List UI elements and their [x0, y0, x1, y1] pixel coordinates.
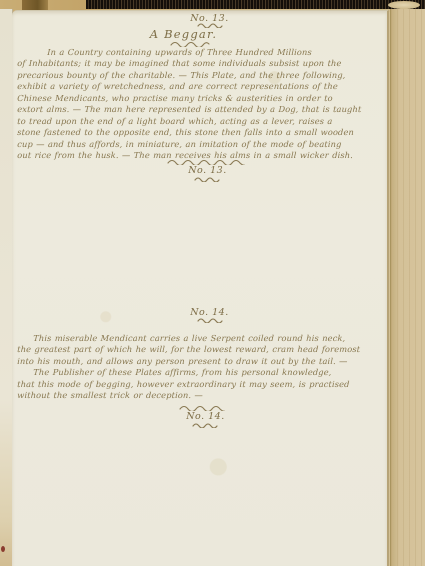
manuscript-line: precarious bounty of the charitable. — T… [17, 70, 380, 81]
binding-wear-patch [22, 0, 48, 10]
manuscript-line: In a Country containing upwards of Three… [17, 47, 380, 58]
manuscript-line: This miserable Mendicant carries a live … [17, 333, 380, 344]
closing-squiggle [18, 423, 393, 442]
book-fore-edge [390, 9, 425, 566]
ink-speck [1, 546, 5, 552]
handwritten-content: No. 13. A Beggar. In a Country containin… [12, 11, 387, 566]
section1-paragraph: In a Country containing upwards of Three… [17, 47, 380, 162]
binding-highlight [388, 1, 420, 9]
manuscript-line: extort alms. — The man here represented … [17, 104, 380, 115]
manuscript-line: that this mode of begging, however extra… [17, 379, 380, 390]
manuscript-line: into his mouth, and allows any person pr… [17, 356, 380, 367]
manuscript-line: exhibit a variety of wretchedness, and a… [17, 81, 380, 92]
manuscript-line: cup — and thus affords, in miniature, an… [17, 139, 380, 150]
section1-title: A Beggar. [0, 27, 371, 41]
manuscript-line: the greatest part of which he will, for … [17, 344, 380, 355]
book-photograph: { "manuscript": { "section1": { "number"… [0, 0, 425, 566]
section2-closing: No. 14. [18, 411, 393, 422]
section1-closing: No. 13. [20, 165, 395, 176]
section2-paragraph: This miserable Mendicant carries a live … [17, 333, 380, 402]
manuscript-line: stone fastened to the opposite end, this… [17, 127, 380, 138]
manuscript-line: The Publisher of these Plates affirms, f… [17, 367, 380, 378]
manuscript-line: Chinese Mendicants, who practise many tr… [17, 93, 380, 104]
section2-number: No. 14. [22, 307, 397, 318]
manuscript-page: No. 13. A Beggar. In a Country containin… [12, 10, 389, 566]
manuscript-line: of Inhabitants; it may be imagined that … [17, 58, 380, 69]
closing-squiggle [20, 177, 395, 196]
manuscript-line: to tread upon the end of a light board w… [17, 116, 380, 127]
manuscript-line: without the smallest trick or deception.… [17, 390, 380, 401]
binding-stitch-band [86, 0, 425, 9]
